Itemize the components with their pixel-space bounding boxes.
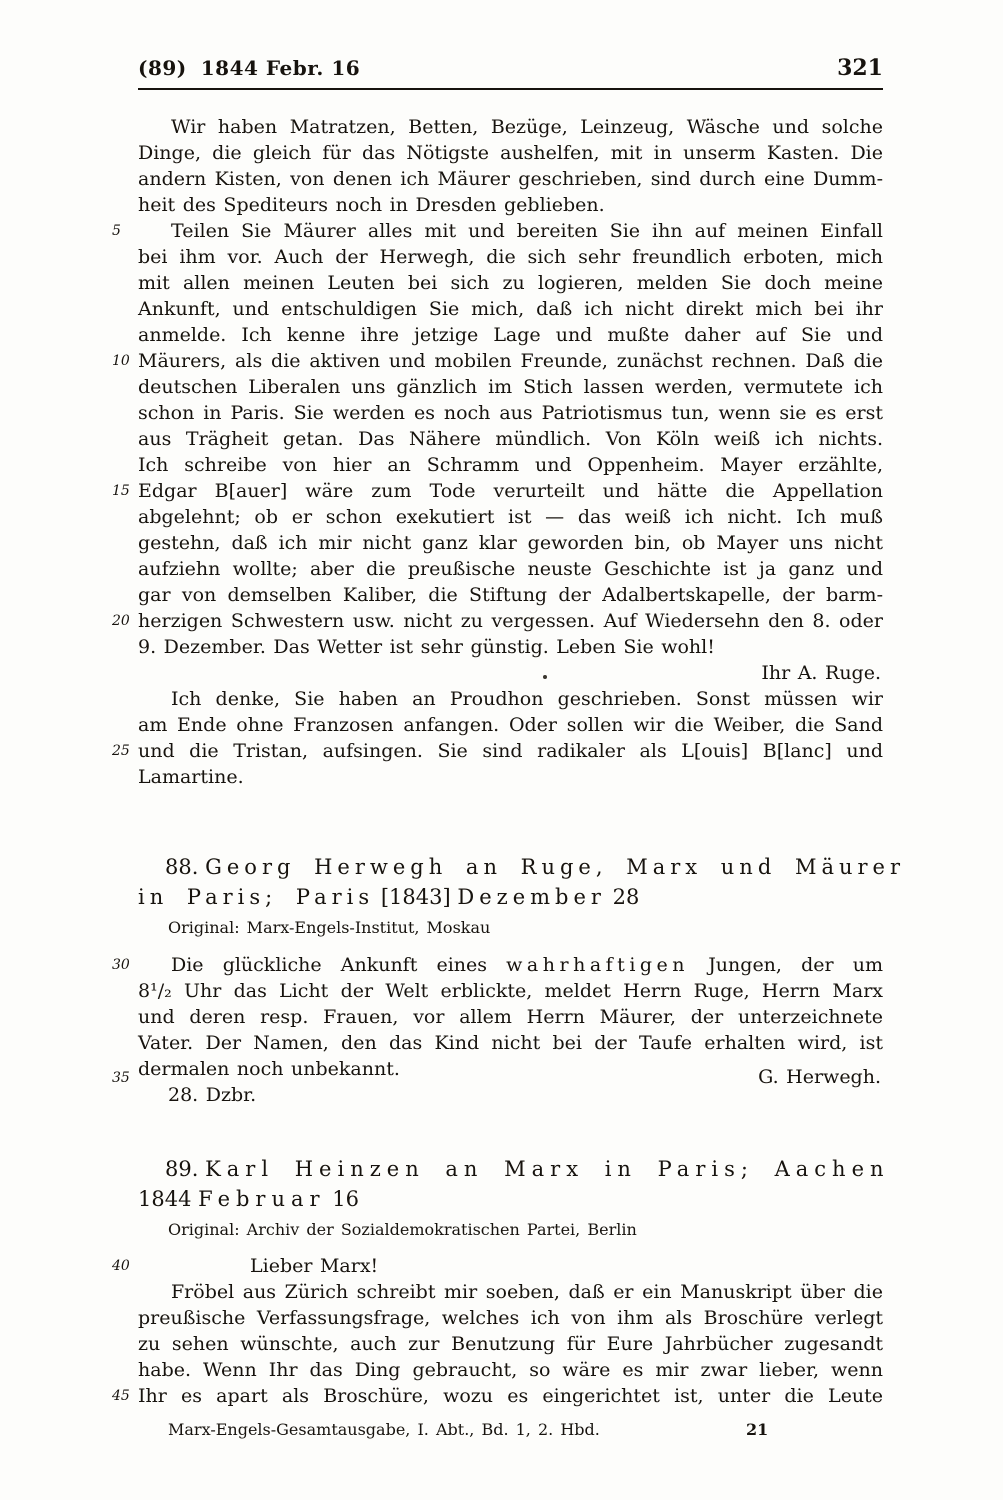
line-text: Die glückliche Ankunft eines bbox=[171, 954, 487, 976]
line-text: Mäurers, als die aktiven und mobilen Fre… bbox=[138, 350, 883, 372]
heading-line: 89. Karl Heinzen an Marx in Paris; Aache… bbox=[138, 1154, 883, 1184]
line-number: 20 bbox=[112, 613, 134, 629]
line-text: heit des Spediteurs noch in Dresden gebl… bbox=[138, 194, 605, 216]
line-text: anmelde. Ich kenne ihre jetzige Lage und… bbox=[138, 324, 883, 346]
page-content: (89)1844 Febr. 16 321 Wir haben Matratze… bbox=[138, 55, 883, 1441]
text-line: aufziehn wollte; aber die preußische neu… bbox=[138, 556, 883, 582]
line-number: 15 bbox=[112, 483, 134, 499]
running-header: (89)1844 Febr. 16 321 bbox=[138, 55, 883, 90]
text-line: heit des Spediteurs noch in Dresden gebl… bbox=[138, 192, 883, 218]
text-line: deutschen Liberalen uns gänzlich im Stic… bbox=[138, 374, 883, 400]
line-text: Fröbel aus Zürich schreibt mir soeben, d… bbox=[171, 1281, 883, 1303]
text-line: Ich schreibe von hier an Schramm und Opp… bbox=[138, 452, 883, 478]
line-text: bei ihm vor. Auch der Herwegh, die sich … bbox=[138, 246, 883, 268]
section-88-heading: 88. Georg Herwegh an Ruge, Marx und Mäur… bbox=[138, 852, 883, 912]
text-line: und deren resp. Frauen, vor allem Herrn … bbox=[138, 1004, 883, 1030]
text-line: Dinge, die gleich für das Nötigste aushe… bbox=[138, 140, 883, 166]
text-line: anmelde. Ich kenne ihre jetzige Lage und… bbox=[138, 322, 883, 348]
line-text: Lamartine. bbox=[138, 766, 244, 788]
line-text: Teilen Sie Mäurer alles mit und bereiten… bbox=[171, 220, 883, 242]
text-line: 20herzigen Schwestern usw. nicht zu verg… bbox=[138, 608, 883, 634]
letter-number: 89. bbox=[165, 1157, 198, 1181]
line-number: 40 bbox=[112, 1258, 134, 1274]
line-text: 9. Dezember. Das Wetter ist sehr günstig… bbox=[138, 636, 715, 658]
section-89-heading: 89. Karl Heinzen an Marx in Paris; Aache… bbox=[138, 1154, 883, 1214]
paragraph: 5Teilen Sie Mäurer alles mit und bereite… bbox=[138, 218, 883, 660]
line-text: zu sehen wünschte, auch zur Benutzung fü… bbox=[138, 1333, 883, 1355]
salutation: 40Lieber Marx! bbox=[138, 1253, 883, 1279]
scanned-book-page: { "page": { "colors": { "paper": "#fdfdf… bbox=[0, 0, 1003, 1500]
letter-88-body: 30Die glückliche Ankunft eines wahrhafti… bbox=[138, 952, 883, 1108]
text-line: habe. Wenn Ihr das Ding gebraucht, so wä… bbox=[138, 1357, 883, 1383]
paragraph: Wir haben Matratzen, Betten, Bezüge, Lei… bbox=[138, 114, 883, 218]
ink-dot-artifact bbox=[543, 675, 547, 679]
running-title: (89)1844 Febr. 16 bbox=[138, 56, 360, 80]
line-text: Edgar B[auer] wäre zum Tode verurteilt u… bbox=[138, 480, 883, 502]
letter-year: [1843] bbox=[381, 885, 451, 909]
text-line: gestehn, daß ich mir nicht ganz klar gew… bbox=[138, 530, 883, 556]
text-line: 10Mäurers, als die aktiven und mobilen F… bbox=[138, 348, 883, 374]
text-line: Wir haben Matratzen, Betten, Bezüge, Lei… bbox=[138, 114, 883, 140]
line-text: Ankunft, und entschuldigen Sie mich, daß… bbox=[138, 298, 883, 320]
paragraph: 8¹/₂ Uhr das Licht der Welt erblickte, m… bbox=[138, 978, 883, 1056]
text-line: 45Ihr es apart als Broschüre, wozu es ei… bbox=[138, 1383, 883, 1409]
line-text: abgelehnt; ob er schon exekutiert ist — … bbox=[138, 506, 883, 528]
line-number: 10 bbox=[112, 353, 134, 369]
letter-number: 88. bbox=[165, 855, 198, 879]
line-text: Dinge, die gleich für das Nötigste aushe… bbox=[138, 142, 883, 164]
line-text: gestehn, daß ich mir nicht ganz klar gew… bbox=[138, 532, 883, 554]
line-number: 45 bbox=[112, 1388, 134, 1404]
paragraph: Ich denke, Sie haben an Proudhon geschri… bbox=[138, 686, 883, 790]
line-text: mit allen meinen Leuten bei sich zu logi… bbox=[138, 272, 883, 294]
letter-place: in Paris; Paris bbox=[138, 885, 374, 909]
text-line: schon in Paris. Sie werden es noch aus P… bbox=[138, 400, 883, 426]
text-line: mit allen meinen Leuten bei sich zu logi… bbox=[138, 270, 883, 296]
text-line: 8¹/₂ Uhr das Licht der Welt erblickte, m… bbox=[138, 978, 883, 1004]
emphasized-word: wahrhaftigen bbox=[506, 954, 689, 976]
line-text: aufziehn wollte; aber die preußische neu… bbox=[138, 558, 883, 580]
text-line: gar von demselben Kaliber, die Stiftung … bbox=[138, 582, 883, 608]
line-text: Wir haben Matratzen, Betten, Bezüge, Lei… bbox=[171, 116, 883, 138]
line-text: und die Tristan, aufsingen. Sie sind rad… bbox=[138, 740, 883, 762]
dateline: 28. Dzbr. bbox=[138, 1082, 883, 1108]
text-line: preußische Verfassungsfrage, welches ich… bbox=[138, 1305, 883, 1331]
line-text: schon in Paris. Sie werden es noch aus P… bbox=[138, 402, 883, 424]
running-date: 1844 Febr. 16 bbox=[201, 56, 360, 80]
line-text: am Ende ohne Franzosen anfangen. Oder so… bbox=[138, 714, 883, 736]
text-line: Ich denke, Sie haben an Proudhon geschri… bbox=[138, 686, 883, 712]
line-text: Lieber Marx! bbox=[250, 1255, 378, 1277]
page-number: 321 bbox=[837, 55, 883, 81]
line-text: dermalen noch unbekannt. bbox=[138, 1056, 400, 1082]
line-text: preußische Verfassungsfrage, welches ich… bbox=[138, 1307, 883, 1329]
text-line: bei ihm vor. Auch der Herwegh, die sich … bbox=[138, 244, 883, 270]
line-text: Jungen, der um bbox=[708, 954, 883, 976]
line-text: Ich denke, Sie haben an Proudhon geschri… bbox=[171, 688, 883, 710]
letter-title: Karl Heinzen an Marx in Paris; Aachen bbox=[205, 1157, 889, 1181]
line-text: und deren resp. Frauen, vor allem Herrn … bbox=[138, 1006, 883, 1028]
text-line: 25und die Tristan, aufsingen. Sie sind r… bbox=[138, 738, 883, 764]
letter-day: 28 bbox=[613, 885, 640, 909]
letter-89-body: 40Lieber Marx! Fröbel aus Zürich schreib… bbox=[138, 1253, 883, 1409]
text-line: Fröbel aus Zürich schreibt mir soeben, d… bbox=[138, 1279, 883, 1305]
line-text: gar von demselben Kaliber, die Stiftung … bbox=[138, 584, 883, 606]
text-line: zu sehen wünschte, auch zur Benutzung fü… bbox=[138, 1331, 883, 1357]
page-footer: Marx-Engels-Gesamtausgabe, I. Abt., Bd. … bbox=[138, 1419, 883, 1441]
text-line: 9. Dezember. Das Wetter ist sehr günstig… bbox=[138, 634, 883, 660]
signature-ruge: Ihr A. Ruge. bbox=[138, 660, 883, 686]
heading-line: 1844 Februar 16 bbox=[138, 1184, 883, 1214]
text-line: Lamartine. bbox=[138, 764, 883, 790]
letter-title: Georg Herwegh an Ruge, Marx und Mäurer bbox=[205, 855, 905, 879]
text-line: aus Trägheit getan. Das Nähere mündlich.… bbox=[138, 426, 883, 452]
heading-line: in Paris; Paris [1843] Dezember 28 bbox=[138, 882, 883, 912]
text-line: Vater. Der Namen, den das Kind nicht bei… bbox=[138, 1030, 883, 1056]
letter-month: Dezember bbox=[457, 885, 606, 909]
letter-87-continuation: Wir haben Matratzen, Betten, Bezüge, Lei… bbox=[138, 114, 883, 790]
imprint: Marx-Engels-Gesamtausgabe, I. Abt., Bd. … bbox=[168, 1420, 600, 1439]
sheet-number: 21 bbox=[746, 1419, 768, 1441]
text-line: abgelehnt; ob er schon exekutiert ist — … bbox=[138, 504, 883, 530]
text-line: 35dermalen noch unbekannt.G. Herwegh. bbox=[138, 1056, 883, 1082]
letter-month: Februar bbox=[198, 1187, 325, 1211]
line-text: Vater. Der Namen, den das Kind nicht bei… bbox=[138, 1032, 883, 1054]
line-text: habe. Wenn Ihr das Ding gebraucht, so wä… bbox=[138, 1359, 883, 1381]
entry-number: (89) bbox=[138, 56, 187, 80]
text-line: Ankunft, und entschuldigen Sie mich, daß… bbox=[138, 296, 883, 322]
line-text: Ich schreibe von hier an Schramm und Opp… bbox=[138, 454, 883, 476]
line-text: herzigen Schwestern usw. nicht zu verges… bbox=[138, 610, 883, 632]
line-text: Ihr es apart als Broschüre, wozu es eing… bbox=[138, 1385, 883, 1407]
paragraph: Fröbel aus Zürich schreibt mir soeben, d… bbox=[138, 1279, 883, 1409]
source-note-89: Original: Archiv der Sozialdemokratische… bbox=[138, 1219, 883, 1241]
line-text: aus Trägheit getan. Das Nähere mündlich.… bbox=[138, 428, 883, 450]
text-line: 5Teilen Sie Mäurer alles mit und bereite… bbox=[138, 218, 883, 244]
heading-line: 88. Georg Herwegh an Ruge, Marx und Mäur… bbox=[138, 852, 883, 882]
line-number: 5 bbox=[112, 223, 134, 239]
line-number: 30 bbox=[112, 957, 134, 973]
source-note-88: Original: Marx-Engels-Institut, Moskau bbox=[138, 917, 883, 939]
text-line: am Ende ohne Franzosen anfangen. Oder so… bbox=[138, 712, 883, 738]
line-text: 8¹/₂ Uhr das Licht der Welt erblickte, m… bbox=[138, 980, 883, 1002]
line-text: andern Kisten, von denen ich Mäurer gesc… bbox=[138, 168, 883, 190]
line-text: deutschen Liberalen uns gänzlich im Stic… bbox=[138, 376, 883, 398]
line-number: 25 bbox=[112, 743, 134, 759]
letter-year: 1844 bbox=[138, 1187, 191, 1211]
text-line: 15Edgar B[auer] wäre zum Tode verurteilt… bbox=[138, 478, 883, 504]
text-line: andern Kisten, von denen ich Mäurer gesc… bbox=[138, 166, 883, 192]
text-line: 30Die glückliche Ankunft eines wahrhafti… bbox=[138, 952, 883, 978]
line-number: 35 bbox=[112, 1070, 134, 1086]
letter-day: 16 bbox=[332, 1187, 359, 1211]
